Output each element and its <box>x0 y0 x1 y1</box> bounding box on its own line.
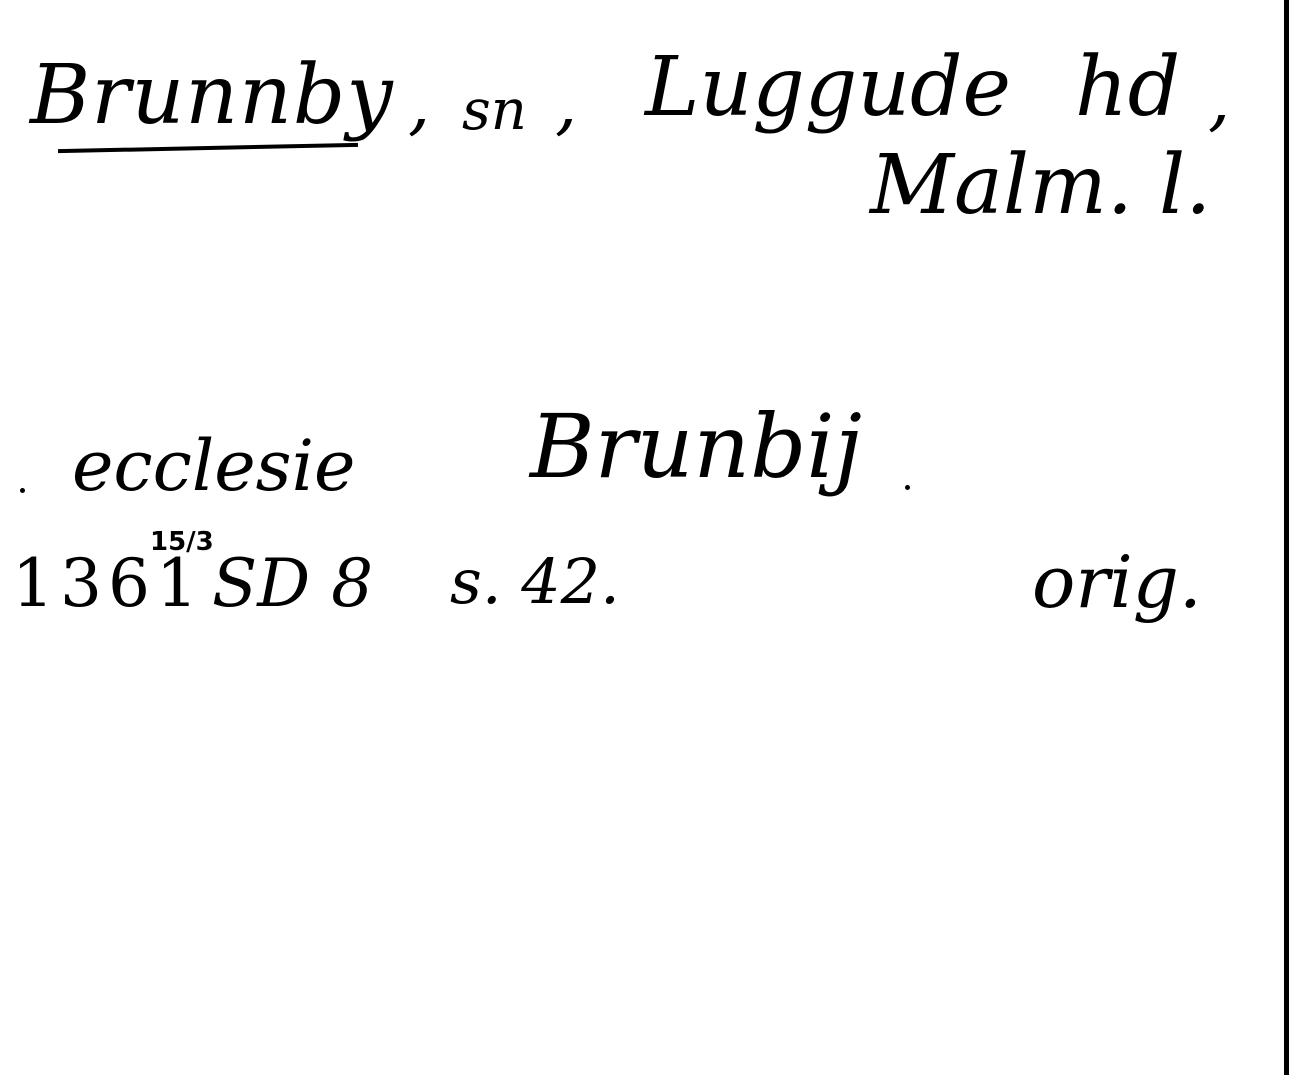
district-name: Luggude <box>645 40 1011 135</box>
form-label: ecclesie <box>72 425 355 507</box>
parish-type: sn <box>462 78 527 143</box>
district-abbreviation: hd <box>1075 40 1180 135</box>
separator: , <box>555 62 577 144</box>
dot-mark <box>905 485 910 490</box>
separator: , <box>1208 58 1230 140</box>
headword-underline <box>58 143 358 153</box>
page-reference: s. 42. <box>450 545 620 618</box>
attested-form: Brunbij <box>530 395 862 498</box>
dot-mark <box>20 488 25 493</box>
headword: Brunnby <box>30 48 394 143</box>
year: 1361 <box>12 545 204 622</box>
county: Malm. l. <box>870 138 1211 233</box>
card-edge <box>1284 0 1289 1075</box>
separator: , <box>408 62 430 144</box>
original-note: orig. <box>1032 540 1202 624</box>
index-card: Brunnby , sn , Luggude hd , Malm. l. ecc… <box>0 0 1303 1075</box>
source-reference: SD 8 <box>212 545 373 622</box>
